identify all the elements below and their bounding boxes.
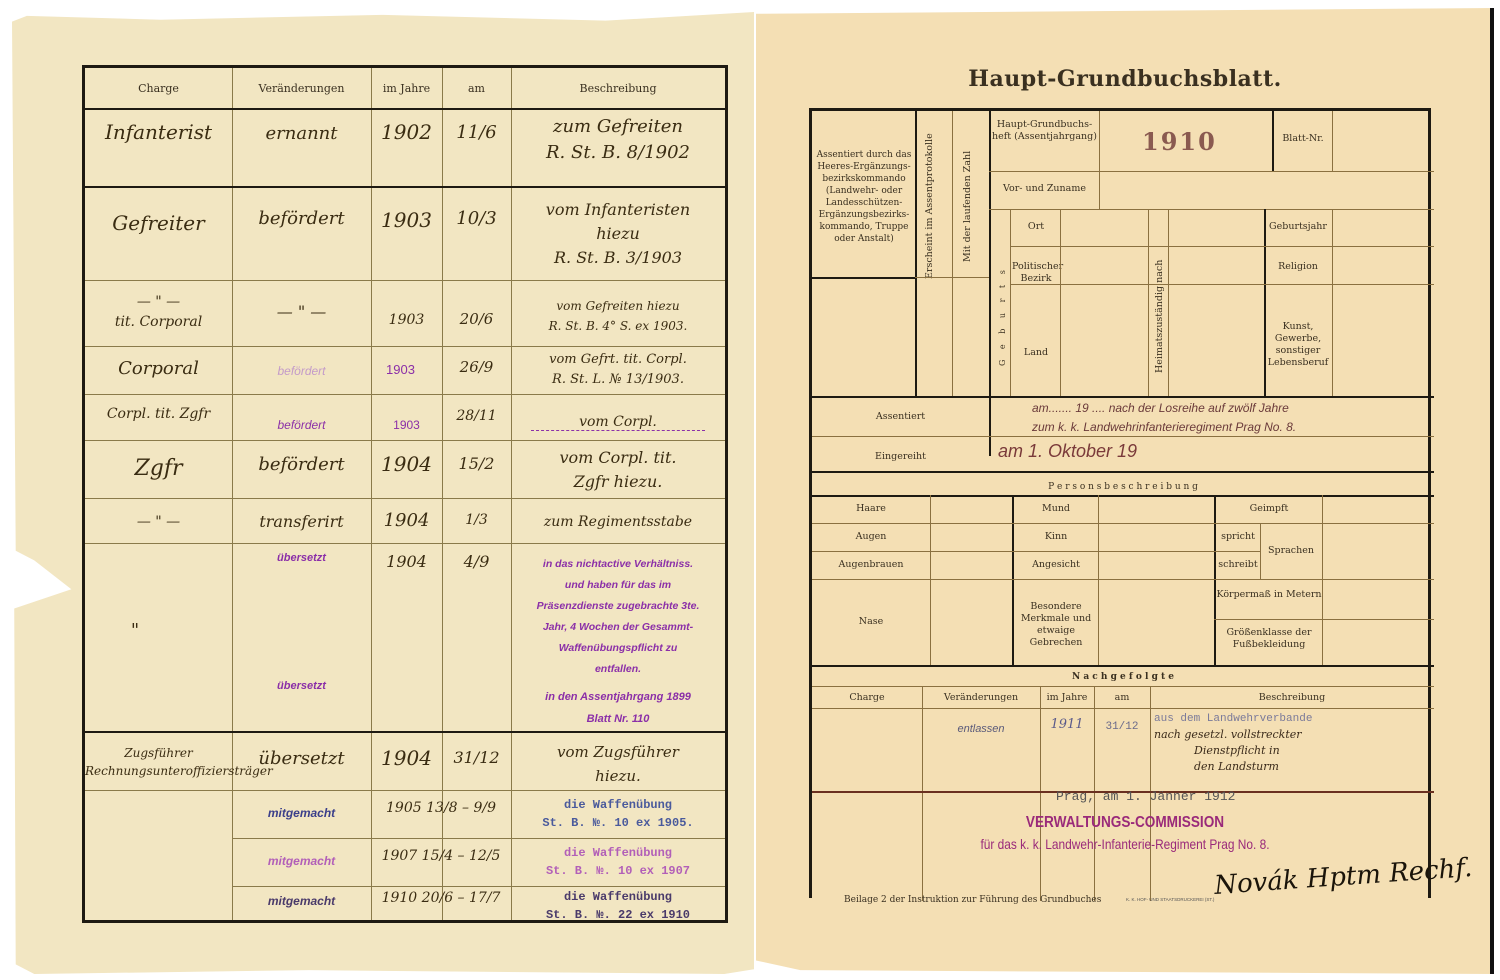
row2-charge: Gefreiter: [85, 211, 232, 235]
row7-year: 1904: [371, 510, 442, 531]
nase-label: Nase: [812, 616, 930, 628]
row12-date-range: 15/4 – 12/5: [422, 848, 501, 864]
col-divider: [511, 68, 512, 920]
nf-col-year: im Jahre: [1040, 692, 1094, 704]
row4-change: befördert: [232, 364, 371, 378]
row-rule: [232, 886, 725, 887]
nf-desc-line: den Landsturm: [1154, 759, 1434, 775]
row2-date: 10/3: [442, 208, 511, 229]
koerpermass-label: Körpermaß in Metern: [1216, 589, 1322, 601]
nf-year: 1911: [1040, 717, 1094, 732]
commission-stamp-line2: für das k. k. Landwehr-Infanterie-Regime…: [811, 836, 1438, 852]
nf-col-charge: Charge: [812, 692, 922, 704]
row8-year: 1904: [371, 552, 442, 571]
assentiert-line: zum k. k. Landwehrinfanterieregiment Pra…: [1032, 418, 1296, 437]
nf-col-changes: Veränderungen: [922, 692, 1040, 704]
row9-desc-line: Blatt Nr. 110: [511, 708, 725, 730]
row8-desc-line: und haben für das im: [511, 575, 725, 596]
row10-charge: Zugsführer Rechnungsunteroffiziersträger: [85, 744, 232, 780]
row-rule: [85, 394, 725, 395]
row2-description: vom Infanteristen hiezu R. St. B. 3/1903: [511, 198, 725, 270]
assentiert-by-label: Assentiert durch das Heeres-Ergänzungs-b…: [814, 149, 914, 245]
haare-label: Haare: [812, 503, 930, 515]
personal-data-form: Assentiert durch das Heeres-Ergänzungs-b…: [809, 108, 1431, 898]
ort-label: Ort: [1012, 221, 1060, 233]
row10-year: 1904: [371, 746, 442, 770]
row11-description: die Waffenübung St. B. №. 10 ex 1905.: [511, 796, 725, 832]
col-header-charge: Charge: [85, 82, 232, 95]
merkmale-label: Besondere Merkmale und etwaige Gebrechen: [1014, 601, 1098, 649]
footer-beilage: Beilage 2 der Instruktion zur Führung de…: [844, 895, 1101, 905]
row-rule: [85, 280, 725, 281]
row10-desc-line: vom Zugsführer: [511, 740, 725, 764]
row1-description: zum Gefreiten R. St. B. 8/1902: [511, 114, 725, 166]
row7-charge: — " —: [85, 514, 232, 530]
mit-der-label: Mit der laufenden Zahl: [962, 131, 974, 281]
row11-change: mitgemacht: [232, 806, 371, 820]
augen-label: Augen: [812, 531, 930, 543]
row12-date: 1907 15/4 – 12/5: [371, 848, 511, 864]
nf-change: entlassen: [922, 723, 1040, 735]
row2-desc-line: R. St. B. 3/1903: [511, 246, 725, 270]
row-rule: [85, 498, 725, 499]
row6-desc-line: Zgfr hiezu.: [511, 470, 725, 494]
row5-year: 1903: [371, 418, 442, 432]
row7-description: zum Regimentsstabe: [511, 514, 725, 530]
row13-desc-line: St. B. №. 22 ex 1910: [511, 906, 725, 924]
mund-label: Mund: [1014, 503, 1098, 515]
row13-change: mitgemacht: [232, 894, 371, 908]
row2-desc-line: vom Infanteristen: [511, 198, 725, 222]
row-rule: [85, 790, 725, 791]
row5-description: vom Corpl.: [511, 414, 725, 431]
col-divider: [371, 68, 372, 920]
kinn-label: Kinn: [1014, 531, 1098, 543]
row7-date: 1/3: [442, 512, 511, 528]
row1-change: ernannt: [232, 123, 371, 144]
beruf-label: Kunst, Gewerbe, sonstiger Lebensberuf: [1266, 321, 1330, 369]
row10-date: 31/12: [442, 748, 511, 767]
row2-year: 1903: [371, 208, 442, 232]
commission-stamp-line1: VERWALTUNGS-COMMISSION: [811, 814, 1438, 832]
row3-desc-line: R. St. B. 4° S. ex 1903.: [511, 316, 725, 336]
row11-date: 1905 13/8 – 9/9: [371, 800, 511, 816]
service-record-table: Charge Veränderungen im Jahre am Beschre…: [82, 65, 728, 923]
row4-date: 26/9: [442, 358, 511, 376]
row9-desc-line: in den Assentjahrgang 1899: [511, 686, 725, 708]
row13-year: 1910: [382, 890, 418, 906]
row-rule: [85, 543, 725, 544]
row9-description: in den Assentjahrgang 1899 Blatt Nr. 110: [511, 686, 725, 730]
row13-description: die Waffenübung St. B. №. 22 ex 1910: [511, 888, 725, 924]
row3-desc-line: vom Gefreiten hiezu: [511, 296, 725, 316]
row12-desc-line: die Waffenübung: [511, 844, 725, 862]
row8-desc-line: Jahr, 4 Wochen der Gesammt-: [511, 617, 725, 638]
groessenklasse-label: Größenklasse der Fußbekleidung: [1216, 627, 1322, 651]
row13-desc-line: die Waffenübung: [511, 888, 725, 906]
row8-date: 4/9: [442, 552, 511, 571]
row3-date: 20/6: [442, 310, 511, 328]
row8-description: in das nichtactive Verhältniss. und habe…: [511, 554, 725, 680]
nf-desc-line: Dienstpflicht in: [1154, 743, 1434, 759]
row1-desc-line: R. St. B. 8/1902: [511, 140, 725, 166]
heimat-label: Heimatszuständig nach: [1154, 241, 1166, 391]
assentiert-line: am....... 19 .... nach der Losreihe auf …: [1032, 399, 1296, 418]
row1-year: 1902: [371, 120, 442, 144]
erscheint-label: Erscheint im Assentprotokolle: [924, 131, 936, 281]
row1-desc-line: zum Gefreiten: [511, 114, 725, 140]
row11-date-range: 13/8 – 9/9: [426, 800, 496, 816]
row11-year: 1905: [386, 800, 422, 816]
document-title: Haupt-Grundbuchsblatt.: [756, 66, 1494, 92]
row4-description: vom Gefrt. tit. Corpl. R. St. L. № 13/19…: [511, 350, 725, 390]
row5-date: 28/11: [442, 408, 511, 424]
row8-desc-line: entfallen.: [511, 659, 725, 680]
nf-desc-line: nach gesetzl. vollstreckter: [1154, 727, 1434, 743]
assentiert-label: Assentiert: [812, 411, 989, 423]
row7-change: transferirt: [232, 512, 371, 531]
place-date-stamp: Prag, am 1. Jänner 1912: [1056, 789, 1235, 804]
row3-description: vom Gefreiten hiezu R. St. B. 4° S. ex 1…: [511, 296, 725, 336]
row6-date: 15/2: [442, 454, 511, 473]
land-label: Land: [1012, 347, 1060, 359]
left-page-service-record: Charge Veränderungen im Jahre am Beschre…: [12, 12, 754, 974]
row8-charge: ": [85, 620, 185, 641]
row4-desc-line: vom Gefrt. tit. Corpl.: [511, 350, 725, 370]
row6-change: befördert: [232, 454, 371, 475]
row4-year: 1903: [365, 362, 436, 377]
col-header-date: am: [442, 82, 511, 95]
row8-desc-line: in das nichtactive Verhältniss.: [511, 554, 725, 575]
sprachen-label: Sprachen: [1260, 545, 1322, 557]
nachgefolgte-title: N a c h g e f o l g t e: [812, 671, 1434, 683]
col-divider: [442, 68, 443, 920]
eingereiht-value: am 1. Oktober 19: [998, 441, 1137, 462]
row8-desc-line: Waffenübungspflicht zu: [511, 638, 725, 659]
name-label: Vor- und Zuname: [992, 183, 1097, 195]
row10-change: übersetzt: [232, 748, 371, 769]
row12-change: mitgemacht: [232, 854, 371, 868]
heft-year-stamp: 1910: [1142, 127, 1217, 156]
row6-charge: Zgfr: [85, 456, 232, 481]
row12-year: 1907: [382, 848, 418, 864]
col-header-changes: Veränderungen: [232, 82, 371, 95]
row-rule: [232, 838, 725, 839]
row-rule: [85, 731, 725, 733]
col-header-description: Beschreibung: [511, 82, 725, 95]
row2-change: befördert: [232, 208, 371, 229]
nf-col-description: Beschreibung: [1150, 692, 1434, 704]
header-rule: [85, 108, 725, 110]
eingereiht-label: Eingereiht: [812, 451, 989, 463]
row9-change: übersetzt: [232, 680, 371, 692]
heft-label: Haupt-Grundbuchs-heft (Assentjahrgang): [992, 119, 1097, 143]
nf-date: 31/12: [1094, 721, 1150, 733]
row10-desc-line: hiezu.: [511, 764, 725, 788]
schreibt-label: schreibt: [1216, 559, 1260, 571]
row12-desc-line: St. B. №. 10 ex 1907: [511, 862, 725, 880]
row8-change: übersetzt: [232, 552, 371, 564]
augenbrauen-label: Augenbrauen: [812, 559, 930, 571]
angesicht-label: Angesicht: [1014, 559, 1098, 571]
row4-desc-line: R. St. L. № 13/1903.: [511, 370, 725, 390]
row3-charge: — " — tit. Corporal: [85, 292, 232, 332]
row13-date-range: 20/6 – 17/7: [422, 890, 501, 906]
row5-charge: Corpl. tit. Zgfr: [85, 406, 232, 422]
personsbeschreibung-title: P e r s o n s b e s c h r e i b u n g: [812, 481, 1434, 493]
row10-description: vom Zugsführer hiezu.: [511, 740, 725, 788]
geburtsjahr-label: Geburtsjahr: [1266, 221, 1330, 233]
nf-col-date: am: [1094, 692, 1150, 704]
geburts-label: G e b u r t s: [997, 241, 1009, 391]
row6-year: 1904: [371, 452, 442, 476]
row11-desc-line: St. B. №. 10 ex 1905.: [511, 814, 725, 832]
blatt-nr-label: Blatt-Nr.: [1274, 133, 1332, 145]
row3-change: — " —: [232, 302, 371, 321]
row11-desc-line: die Waffenübung: [511, 796, 725, 814]
right-page-haupt-grundbuchsblatt: Haupt-Grundbuchsblatt. Assentiert durch …: [756, 8, 1494, 974]
bezirk-label: Politischer Bezirk: [1012, 261, 1060, 285]
row4-charge: Corporal: [85, 358, 232, 379]
row-rule: [85, 440, 725, 441]
nf-desc-line: aus dem Landwehrverbande: [1154, 711, 1434, 727]
row5-change: befördert: [232, 418, 371, 432]
col-divider: [232, 68, 233, 920]
assentiert-text: am....... 19 .... nach der Losreihe auf …: [1032, 399, 1296, 437]
col-header-year: im Jahre: [371, 82, 442, 95]
row3-year: 1903: [371, 312, 442, 328]
row6-desc-line: vom Corpl. tit.: [511, 446, 725, 470]
row1-date: 11/6: [442, 122, 511, 143]
row6-description: vom Corpl. tit. Zgfr hiezu.: [511, 446, 725, 494]
row2-desc-line: hiezu: [511, 222, 725, 246]
row-rule: [85, 346, 725, 347]
religion-label: Religion: [1266, 261, 1330, 273]
row12-description: die Waffenübung St. B. №. 10 ex 1907: [511, 844, 725, 880]
row13-date: 1910 20/6 – 17/7: [371, 890, 511, 906]
row5-desc-line: vom Corpl.: [531, 414, 705, 431]
footer-printer: K. K. HOF- UND STAATSDRUCKEREI (ST.): [1126, 897, 1214, 902]
nf-description: aus dem Landwehrverbande nach gesetzl. v…: [1154, 711, 1434, 775]
geimpft-label: Geimpft: [1216, 503, 1322, 515]
row8-desc-line: Präsenzdienste zugebrachte 3te.: [511, 596, 725, 617]
row-rule: [85, 186, 725, 188]
spricht-label: spricht: [1216, 531, 1260, 543]
row1-charge: Infanterist: [85, 120, 232, 144]
